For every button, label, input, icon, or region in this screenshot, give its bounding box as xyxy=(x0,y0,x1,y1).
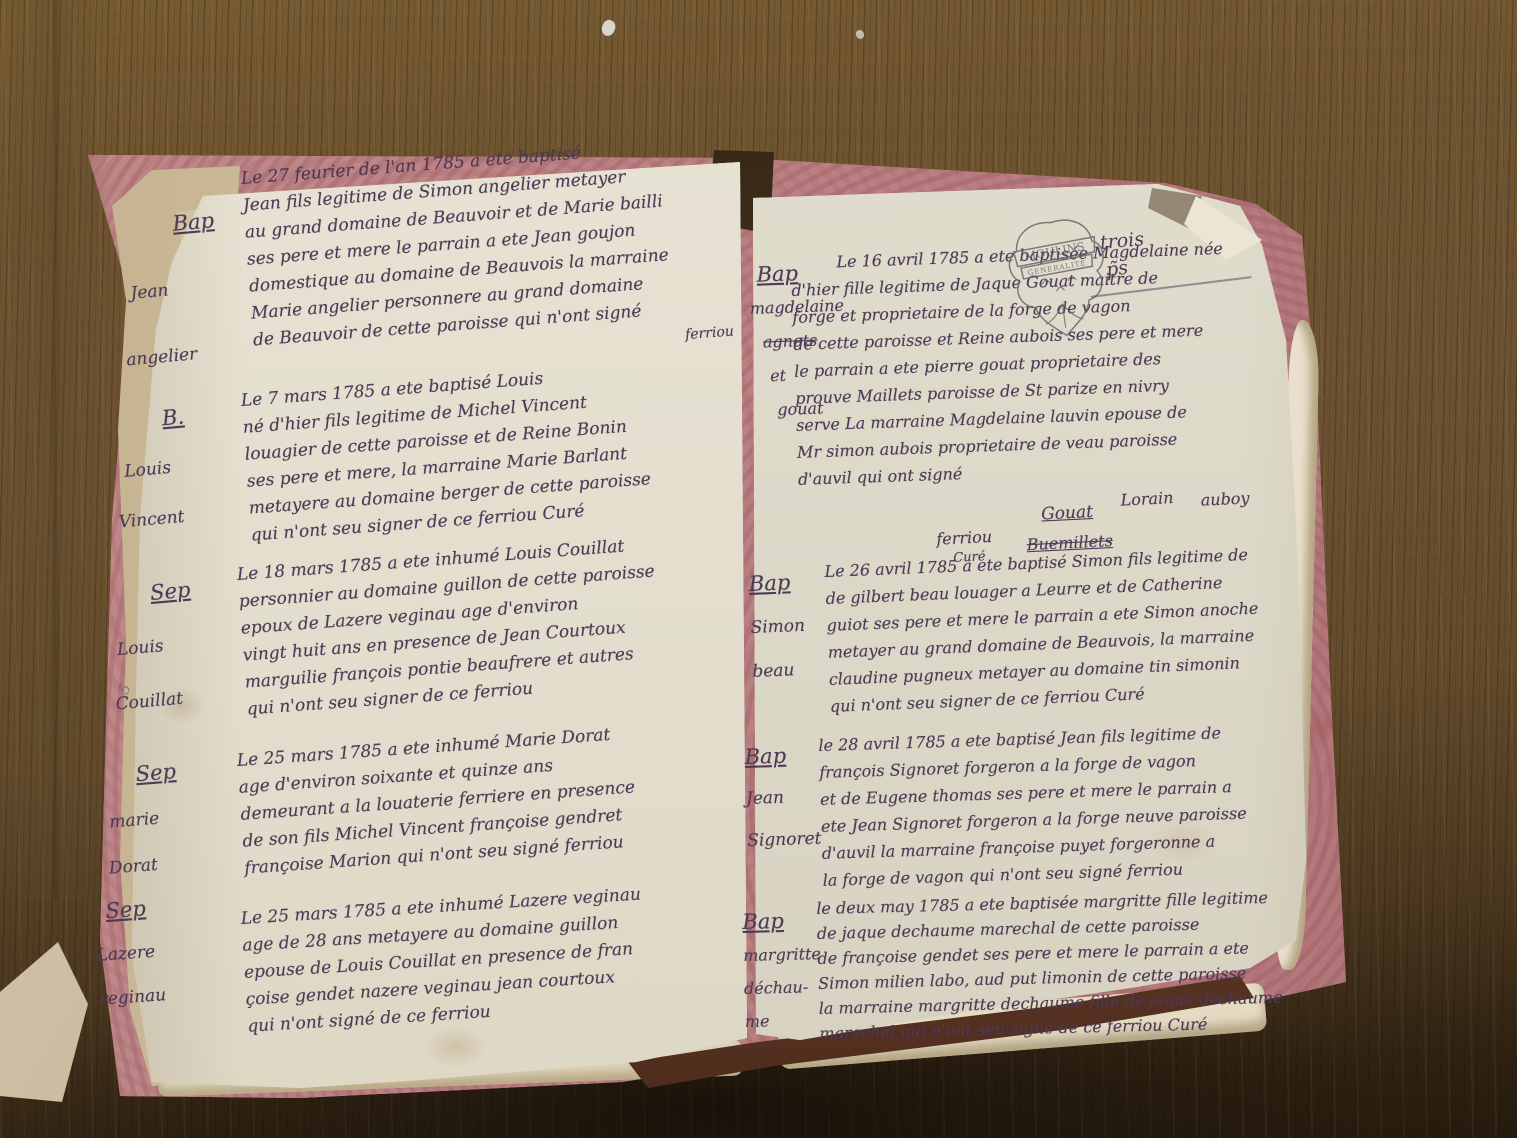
margin-word: Bap xyxy=(748,560,804,606)
entry-margin: SepmarieDorat xyxy=(100,748,185,891)
entry-margin: SepLazerereginau xyxy=(92,885,168,1021)
margin-word: angelier xyxy=(124,319,229,393)
margin-word: Vincent xyxy=(117,491,195,547)
stamp-annotation-word: trois xyxy=(1099,228,1145,254)
margin-word: Couillat xyxy=(113,670,202,731)
entry-margin: BapJeanangelier xyxy=(112,187,228,393)
margin-word: Louis xyxy=(109,616,198,677)
register-entry-baptism-margritte-dechaume: le deux may 1785 a ete baptisée margritt… xyxy=(816,883,1365,1046)
margin-word: marie xyxy=(104,794,182,846)
margin-word: beau xyxy=(752,648,808,694)
margin-word: Bap xyxy=(744,734,819,778)
signature: Gouat xyxy=(1041,502,1094,525)
margin-word: margritte xyxy=(743,937,821,972)
margin-word: Louis xyxy=(112,441,190,497)
margin-word: Jean xyxy=(118,253,223,327)
margin-word: me xyxy=(744,1003,822,1038)
margin-word: déchau- xyxy=(744,970,822,1005)
entry-margin: B.LouisVincent xyxy=(108,392,195,548)
register-entry-baptism-jean-signoret: le 28 avril 1785 a ete baptisé Jean fils… xyxy=(818,716,1348,894)
margin-word: Sep xyxy=(92,885,161,934)
entry-margin: BapSimonbeau xyxy=(748,560,808,694)
margin-word: Lazere xyxy=(95,929,164,978)
margin-word: Dorat xyxy=(107,840,185,892)
entry-margin: Bapmargrittedéchau-me xyxy=(742,904,823,1038)
signature: auboy xyxy=(1200,488,1250,509)
margin-word: Sep xyxy=(100,748,178,800)
margin-word: Signoret xyxy=(747,818,822,862)
margin-word: reginau xyxy=(98,973,167,1022)
signature: ferriou xyxy=(936,527,993,549)
margin-word: Sep xyxy=(104,563,193,624)
signature: Lorain xyxy=(1120,488,1174,510)
margin-word: Simon xyxy=(750,604,806,650)
photo-of-parish-register: 1/ 13/ 5 BapJeanangelier Le 27 feurier d… xyxy=(0,0,1517,1138)
entry-margin: SepLouisCouillat xyxy=(104,563,202,732)
register-entry-baptism-simon-beau: Le 26 avril 1785 a ete baptisé Simon fil… xyxy=(824,537,1355,720)
stamp-annotation-flourish: p̃s xyxy=(1105,257,1130,282)
margin-word: Jean xyxy=(745,776,820,820)
entry-margin: BapJeanSignoret xyxy=(744,734,822,862)
margin-word: B. xyxy=(108,392,186,448)
register-entry-baptism-jean-angelier: Le 27 feurier de l'an 1785 a ete baptisé… xyxy=(240,128,765,382)
margin-word: Bap xyxy=(112,187,217,261)
margin-word: Bap xyxy=(742,904,820,939)
gutter-shadow xyxy=(0,0,110,900)
